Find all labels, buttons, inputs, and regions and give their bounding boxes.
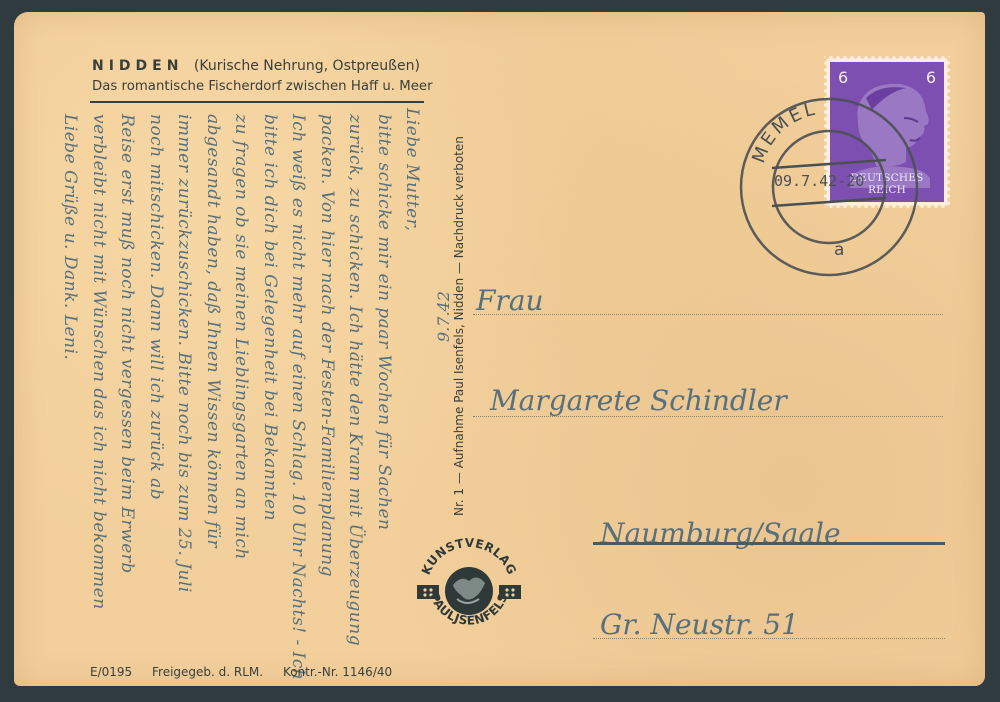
- print-code: E/0195: [90, 665, 132, 679]
- message-line: zurück, zu schicken. Ich hätte den Kram …: [345, 114, 365, 646]
- control-number: Kontr.-Nr. 1146/40: [283, 665, 392, 679]
- postcard-title: NIDDEN (Kurische Nehrung, Ostpreußen): [92, 58, 420, 74]
- message-line: noch mitschicken. Dann will ich zurück a…: [146, 114, 166, 500]
- approval-note: Freigegeb. d. RLM.: [152, 665, 263, 679]
- message-line: Liebe Grüße u. Dank. Leni.: [60, 114, 80, 360]
- address-street: Gr. Neustr. 51: [600, 608, 799, 641]
- photo-credit: Nr. 1 — Aufnahme Paul Isenfels, Nidden —…: [453, 56, 465, 516]
- message-line: abgesandt haben, daß Ihnen Wissen können…: [203, 114, 223, 548]
- message-line: Reise erst muß noch nicht vergessen beim…: [117, 114, 137, 574]
- stamp-face: 6 6 DEUTSCHES REICH: [830, 62, 944, 202]
- address-line-1: [473, 314, 943, 315]
- publisher-emblem-icon: KUNSTVERLAG PAULJSENFELS: [409, 527, 529, 647]
- stamp-country: DEUTSCHES REICH: [830, 172, 944, 196]
- address-city: Naumburg/Saale: [600, 517, 841, 550]
- message-date: 9.7.42: [434, 291, 453, 342]
- message-line: Liebe Mutter,: [402, 108, 422, 231]
- place-name: NIDDEN: [92, 58, 183, 74]
- address-line-2: [473, 416, 943, 417]
- svg-text:MEMEL: MEMEL: [748, 98, 819, 166]
- postmark-letter: a: [834, 240, 844, 260]
- message-line: bitte schicke mir ein paar Wochen für Sa…: [374, 114, 394, 530]
- message-line: zu fragen ob sie meinen Lieblingsgarten …: [231, 114, 251, 560]
- message-line: Ich weiß es nicht mehr auf einen Schlag.…: [288, 114, 308, 680]
- message-line: verbleibt nicht mit Wünschen das ich nic…: [89, 114, 109, 610]
- address-line-4: [593, 638, 945, 639]
- message-line: immer zurückzuschicken. Bitte noch bis z…: [174, 114, 194, 593]
- postcard: NIDDEN (Kurische Nehrung, Ostpreußen) Da…: [14, 12, 985, 686]
- address-salutation: Frau: [476, 284, 544, 317]
- address-name: Margarete Schindler: [490, 384, 787, 417]
- publisher-logo: KUNSTVERLAG PAULJSENFELS: [409, 527, 529, 647]
- place-region: (Kurische Nehrung, Ostpreußen): [194, 58, 420, 74]
- header-divider: [90, 101, 424, 103]
- postcard-subtitle: Das romantische Fischerdorf zwischen Haf…: [92, 79, 433, 94]
- address-line-3: [593, 542, 945, 545]
- message-line: bitte ich dich bei Gelegenheit bei Bekan…: [260, 114, 280, 521]
- print-footer: E/0195 Freigegeb. d. RLM. Kontr.-Nr. 114…: [90, 665, 408, 679]
- photo-credit-text: Nr. 1 — Aufnahme Paul Isenfels, Nidden —…: [453, 56, 465, 516]
- postage-stamp: 6 6 DEUTSCHES REICH: [824, 56, 950, 208]
- handwritten-message: Liebe Mutter,bitte schicke mir ein paar …: [44, 108, 424, 702]
- message-line: packen. Von hier nach der Festen-Familie…: [317, 114, 337, 577]
